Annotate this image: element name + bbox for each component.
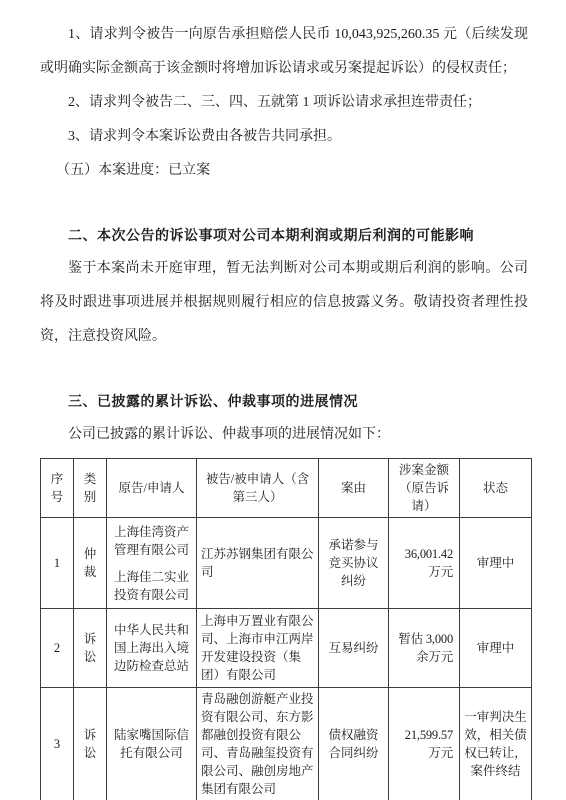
row1-defendant: 江苏苏钢集团有限公司 (197, 518, 319, 609)
row1-plaintiff-entity-2: 上海佳二实业投资有限公司 (111, 568, 192, 604)
row1-amount: 36,001.42 万元 (389, 518, 460, 609)
header-seq: 序号 (41, 459, 74, 518)
row2-seq: 2 (41, 609, 74, 688)
row2-cause: 互易纠纷 (319, 609, 389, 688)
row3-plaintiff: 陆家嘴国际信托有限公司 (107, 688, 197, 800)
announcement-page: 1、请求判令被告一向原告承担赔偿人民币 10,043,925,260.35 元（… (0, 0, 566, 800)
section-3-intro: 公司已披露的累计诉讼、仲裁事项的进展情况如下： (40, 418, 528, 452)
header-status: 状态 (460, 459, 532, 518)
claim-item-3: 3、请求判令本案诉讼费由各被告共同承担。 (40, 120, 528, 154)
section-3-heading: 三、已披露的累计诉讼、仲裁事项的进展情况 (40, 384, 528, 418)
section-2-body: 鉴于本案尚未开庭审理，暂无法判断对公司本期或期后利润的影响。公司将及时跟进事项进… (40, 252, 528, 354)
header-type: 类别 (74, 459, 107, 518)
row3-amount: 21,599.57 万元 (389, 688, 460, 800)
claim-item-2: 2、请求判令被告二、三、四、五就第 1 项诉讼请求承担连带责任； (40, 86, 528, 120)
header-defendant: 被告/被申请人（含第三人） (197, 459, 319, 518)
row2-plaintiff: 中华人民共和国上海出入境边防检查总站 (107, 609, 197, 688)
header-cause: 案由 (319, 459, 389, 518)
header-amount: 涉案金额（原告诉请） (389, 459, 460, 518)
row3-status: 一审判决生效，相关债权已转让，案件终结 (460, 688, 532, 800)
case-progress-line: （五）本案进度：已立案 (40, 154, 528, 188)
row2-type: 诉讼 (74, 609, 107, 688)
row1-status: 审理中 (460, 518, 532, 609)
row1-plaintiff: 上海佳湾资产管理有限公司 上海佳二实业投资有限公司 (107, 518, 197, 609)
section-2-heading: 二、本次公告的诉讼事项对公司本期利润或期后利润的可能影响 (40, 218, 528, 252)
row3-seq: 3 (41, 688, 74, 800)
row3-cause: 债权融资合同纠纷 (319, 688, 389, 800)
litigation-progress-table: 序号 类别 原告/申请人 被告/被申请人（含第三人） 案由 涉案金额（原告诉请）… (40, 458, 532, 800)
table-row: 3 诉讼 陆家嘴国际信托有限公司 青岛融创游艇产业投资有限公司、东方影都融创投资… (41, 688, 532, 800)
row3-defendant: 青岛融创游艇产业投资有限公司、东方影都融创投资有限公司、青岛融玺投资有限公司、融… (197, 688, 319, 800)
row1-cause: 承诺参与竞买协议纠纷 (319, 518, 389, 609)
row1-plaintiff-entity-1: 上海佳湾资产管理有限公司 (111, 523, 192, 559)
header-plaintiff: 原告/申请人 (107, 459, 197, 518)
row2-status: 审理中 (460, 609, 532, 688)
row1-type: 仲裁 (74, 518, 107, 609)
row1-seq: 1 (41, 518, 74, 609)
table-row: 2 诉讼 中华人民共和国上海出入境边防检查总站 上海申万置业有限公司、上海市申江… (41, 609, 532, 688)
row2-amount: 暂估 3,000 余万元 (389, 609, 460, 688)
table-row: 1 仲裁 上海佳湾资产管理有限公司 上海佳二实业投资有限公司 江苏苏钢集团有限公… (41, 518, 532, 609)
claim-item-1: 1、请求判令被告一向原告承担赔偿人民币 10,043,925,260.35 元（… (40, 18, 528, 86)
row2-defendant: 上海申万置业有限公司、上海市申江两岸开发建设投资（集团）有限公司 (197, 609, 319, 688)
table-header-row: 序号 类别 原告/申请人 被告/被申请人（含第三人） 案由 涉案金额（原告诉请）… (41, 459, 532, 518)
row3-type: 诉讼 (74, 688, 107, 800)
